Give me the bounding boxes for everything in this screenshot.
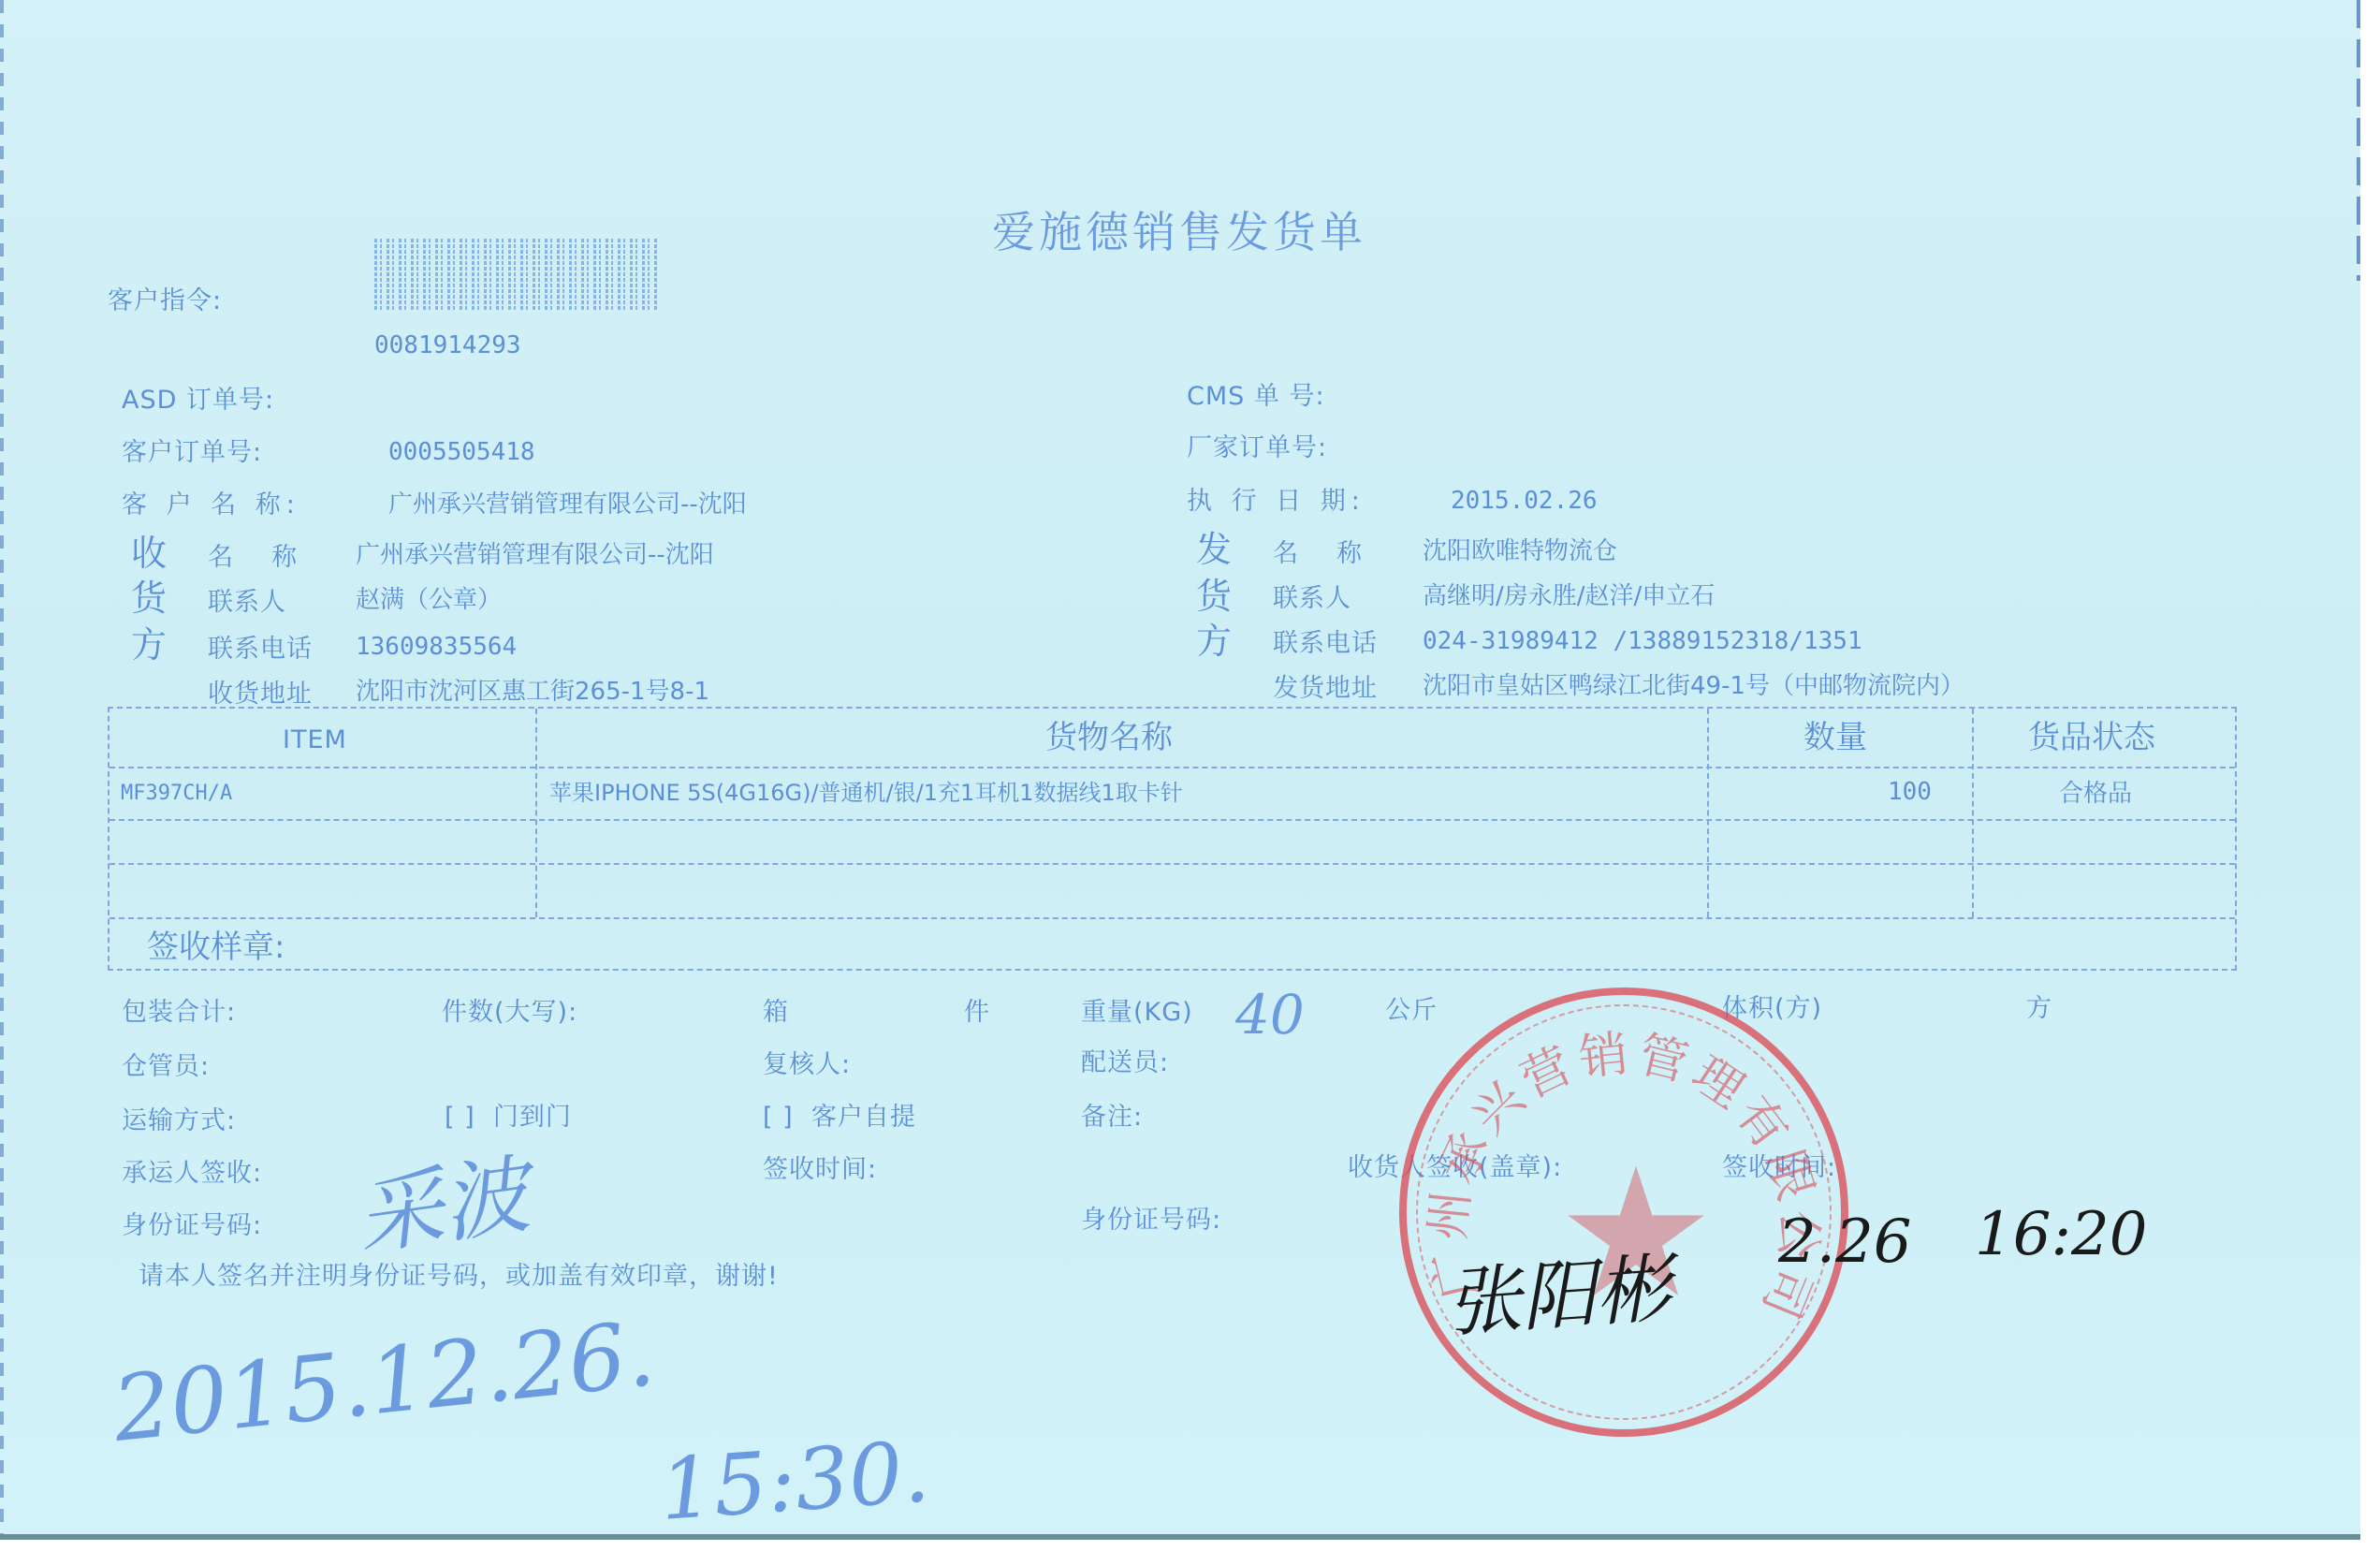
shipper-phone-value: 024-31989412 /13889152318/1351 <box>1423 629 1862 653</box>
box-label: 箱 <box>763 1000 789 1025</box>
shipper-name-value: 沈阳欧唯特物流仓 <box>1423 539 1617 563</box>
receiver-name-value: 广州承兴营销管理有限公司--沈阳 <box>356 543 714 567</box>
table-divider <box>110 819 2235 821</box>
receiver-side-char: 货 <box>131 580 167 616</box>
factory-order-label: 厂家订单号: <box>1187 435 1327 461</box>
shipper-address-value: 沈阳市皇姑区鸭绿江北街49-1号（中邮物流院内） <box>1423 674 1964 698</box>
receiver-phone-label: 联系电话 <box>208 636 313 662</box>
sign-sample-label: 签收样章: <box>147 931 285 963</box>
shipper-name-label: 名 称 <box>1273 541 1369 566</box>
shipper-contact-label: 联系人 <box>1273 586 1351 611</box>
header-goods-name: 货物名称 <box>1045 722 1173 754</box>
left-perforation <box>0 0 4 1540</box>
customer-instruction-label: 客户指令: <box>108 288 222 314</box>
table-divider <box>1707 709 1709 917</box>
shipper-side-char: 发 <box>1196 532 1232 567</box>
goods-table: ITEM 货物名称 数量 货品状态 MF397CH/A 苹果IPHONE 5S(… <box>108 707 2237 971</box>
customer-name-label: 客 户 名 称: <box>122 492 300 518</box>
receiver-contact-value: 赵满（公章） <box>356 588 502 612</box>
cell-status: 合格品 <box>2059 782 2132 806</box>
sign-time-label: 签收时间: <box>763 1157 877 1182</box>
cms-label: CMS 单 号: <box>1187 384 1325 409</box>
door-to-door-checkbox[interactable]: [ ] 门到门 <box>445 1105 572 1130</box>
receiver-address-label: 收货地址 <box>208 681 313 707</box>
stamp-text-ring: 广州承兴营销管理有限公司 <box>1407 995 1841 1429</box>
carrier-id-label: 身份证号码: <box>122 1213 262 1238</box>
piece-label: 件 <box>964 1000 990 1025</box>
cell-quantity: 100 <box>1888 780 1932 804</box>
customer-instruction-value: 0081914293 <box>374 333 521 358</box>
receiver-phone-value: 13609835564 <box>356 635 517 659</box>
barcode <box>374 239 660 310</box>
right-perforation <box>2357 0 2360 281</box>
weight-label: 重量(KG) <box>1081 1000 1193 1025</box>
delivery-label: 配送员: <box>1081 1050 1169 1075</box>
table-divider <box>535 709 537 917</box>
weight-value: 40 <box>1235 983 1305 1046</box>
shipper-address-label: 发货地址 <box>1273 676 1378 701</box>
transport-label: 运输方式: <box>122 1108 236 1134</box>
cell-item: MF397CH/A <box>121 783 232 804</box>
receiver-side-char: 收 <box>131 535 167 571</box>
volume-unit: 方 <box>2026 996 2052 1021</box>
asd-order-label: ASD 订单号: <box>122 388 274 413</box>
delivery-note-paper: 爱施德销售发货单 客户指令: 0081914293 ASD 订单号: 客户订单号… <box>0 0 2360 1540</box>
receiver-contact-label: 联系人 <box>208 590 286 615</box>
customer-order-label: 客户订单号: <box>122 440 262 465</box>
table-divider <box>110 863 2235 865</box>
customer-name-value: 广州承兴营销管理有限公司--沈阳 <box>388 492 747 517</box>
table-divider <box>110 767 2235 768</box>
header-quantity: 数量 <box>1803 722 1867 754</box>
carrier-handwritten-date: 2015.12.26. <box>109 1301 660 1462</box>
carrier-handwritten-time: 15:30. <box>657 1423 933 1540</box>
shipper-side-char: 货 <box>1196 578 1232 614</box>
shipper-phone-label: 联系电话 <box>1273 631 1378 656</box>
shipper-contact-value: 高继明/房永胜/赵洋/申立石 <box>1423 584 1715 608</box>
checker-label: 复核人: <box>763 1052 851 1077</box>
receiver-id-label: 身份证号码: <box>1081 1207 1221 1233</box>
pieces-label: 件数(大写): <box>442 1000 577 1025</box>
package-total-label: 包装合计: <box>122 1000 236 1025</box>
cell-goods-name: 苹果IPHONE 5S(4G16G)/普通机/银/1充1耳机1数据线1取卡针 <box>549 782 1183 804</box>
notice-text: 请本人签名并注明身份证号码，或加盖有效印章，谢谢! <box>139 1264 779 1289</box>
receiver-handwritten-date: 2.26 <box>1778 1207 1912 1277</box>
header-item: ITEM <box>283 727 347 753</box>
exec-date-label: 执 行 日 期: <box>1187 489 1365 514</box>
receiver-signature: 张阳彬 <box>1442 1228 1673 1351</box>
receiver-address-value: 沈阳市沈河区惠工街265-1号8-1 <box>356 680 709 704</box>
table-divider <box>110 917 2235 919</box>
table-divider <box>1972 709 1974 917</box>
receiver-handwritten-time: 16:20 <box>1975 1200 2147 1269</box>
carrier-sign-label: 承运人签收: <box>122 1161 262 1186</box>
receiver-name-label: 名 称 <box>208 545 304 570</box>
document-title: 爱施德销售发货单 <box>992 211 1366 254</box>
header-status: 货品状态 <box>2028 722 2155 754</box>
receiver-side-char: 方 <box>131 627 167 663</box>
carrier-signature: 采波 <box>348 1126 536 1272</box>
customer-order-value: 0005505418 <box>388 440 535 464</box>
self-pickup-checkbox[interactable]: [ ] 客户自提 <box>763 1105 916 1130</box>
shipper-side-char: 方 <box>1196 623 1232 659</box>
remark-label: 备注: <box>1081 1105 1143 1130</box>
warehouse-label: 仓管员: <box>122 1054 210 1079</box>
exec-date-value: 2015.02.26 <box>1451 489 1598 513</box>
